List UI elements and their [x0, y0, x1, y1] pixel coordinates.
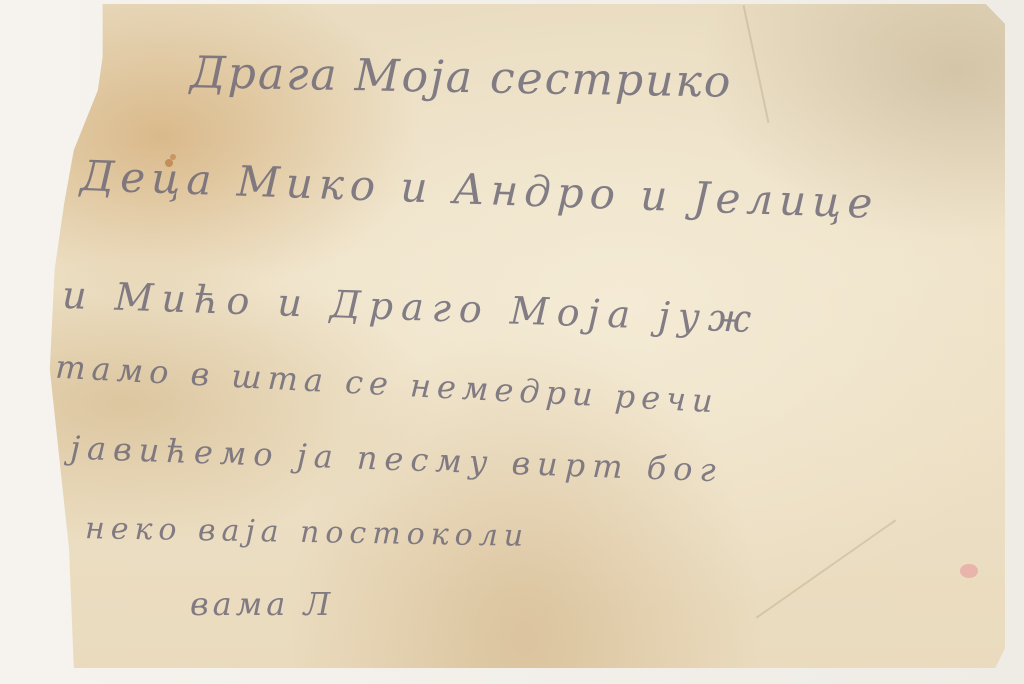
paper-crease	[756, 519, 896, 618]
handwritten-line-1: Драга Моја сестрико	[190, 47, 733, 107]
pink-stain	[960, 564, 978, 578]
handwritten-line-7: вама Л	[190, 585, 334, 623]
paper-crease	[743, 5, 770, 123]
